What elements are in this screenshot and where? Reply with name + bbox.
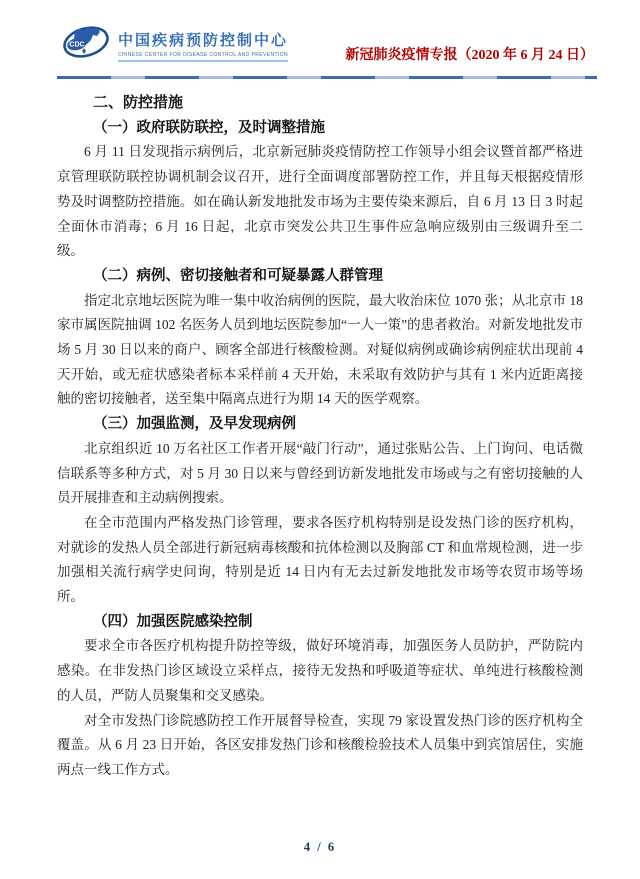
cdc-badge-label: CDC xyxy=(69,42,84,49)
subsection-4-heading: （四）加强医院感染控制 xyxy=(57,610,583,635)
page-header: CDC 中国疾病预防控制中心 CHINESE CENTER FOR DISEAS… xyxy=(0,0,640,74)
section-title: 二、防控措施 xyxy=(57,91,583,116)
org-name-cn: 中国疾病预防控制中心 xyxy=(118,29,288,50)
subsection-3-heading: （三）加强监测，及早发现病例 xyxy=(57,412,583,437)
subsection-3-paragraph-2: 在全市范围内严格发热门诊管理，要求各医疗机构特别是设发热门诊的医疗机构，对就诊的… xyxy=(57,511,583,610)
subsection-1-paragraph-1: 6 月 11 日发现指示病例后，北京新冠肺炎疫情防控工作领导小组会议暨首都严格进… xyxy=(57,140,583,264)
subsection-4-paragraph-1: 要求全市各医疗机构提升防控等级，做好环境消毒，加强医务人员防护，严防院内感染。在… xyxy=(57,634,583,708)
subsection-1-heading: （一）政府联防联控，及时调整措施 xyxy=(57,116,583,141)
document-body: 二、防控措施 （一）政府联防联控，及时调整措施 6 月 11 日发现指示病例后，… xyxy=(0,79,640,783)
cdc-logo-icon: CDC xyxy=(62,20,110,70)
report-page: CDC 中国疾病预防控制中心 CHINESE CENTER FOR DISEAS… xyxy=(0,0,640,879)
cdc-logo: CDC 中国疾病预防控制中心 CHINESE CENTER FOR DISEAS… xyxy=(62,20,288,70)
subsection-4-paragraph-2: 对全市发热门诊院感防控工作开展督导检查，实现 79 家设置发热门诊的医疗机构全覆… xyxy=(57,709,583,783)
org-names: 中国疾病预防控制中心 CHINESE CENTER FOR DISEASE CO… xyxy=(118,29,288,62)
subsection-3-paragraph-1: 北京组织近 10 万名社区工作者开展“敲门行动”，通过张贴公告、上门询问、电话微… xyxy=(57,437,583,511)
org-name-en: CHINESE CENTER FOR DISEASE CONTROL AND P… xyxy=(118,52,288,62)
report-title: 新冠肺炎疫情专报（2020 年 6 月 24 日） xyxy=(346,44,595,70)
subsection-2-paragraph-1: 指定北京地坛医院为唯一集中收治病例的医院，最大收治床位 1070 张；从北京市 … xyxy=(57,289,583,413)
subsection-2-heading: （二）病例、密切接触者和可疑暴露人群管理 xyxy=(57,264,583,289)
page-number: 4 / 6 xyxy=(0,840,640,855)
